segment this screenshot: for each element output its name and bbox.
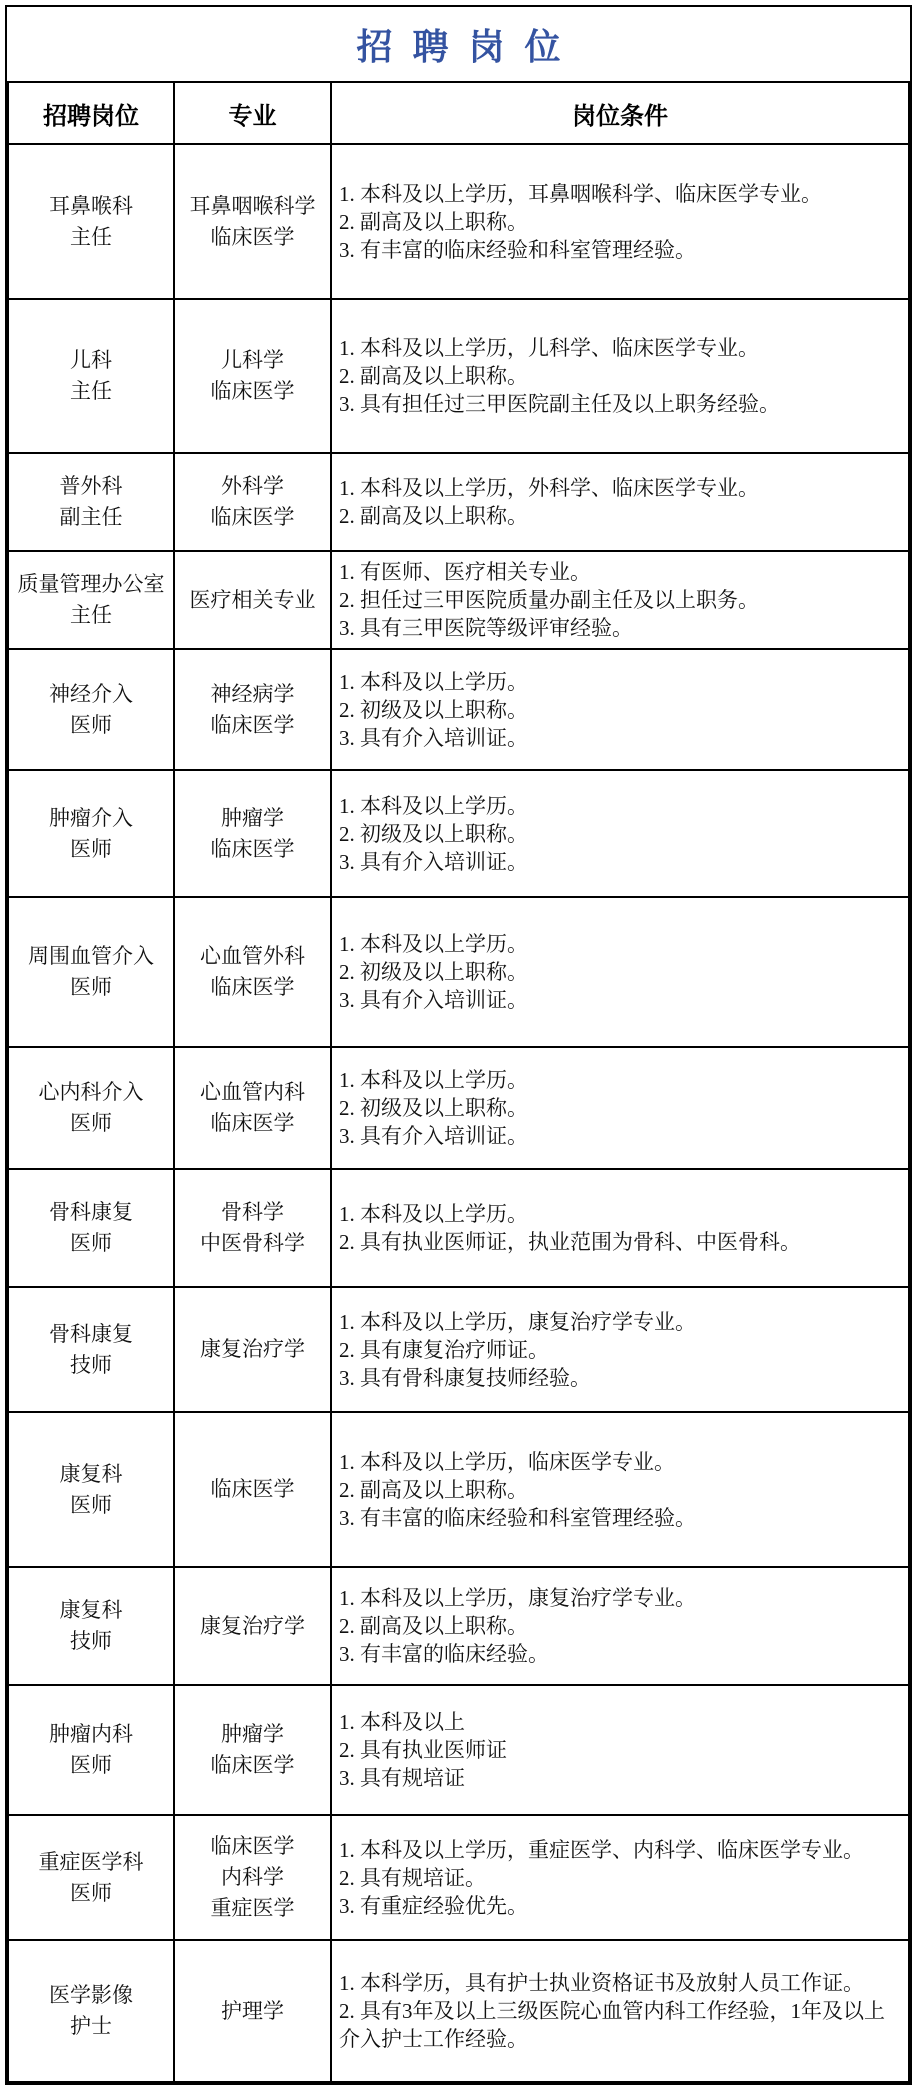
- table-row: 肿瘤内科 医师 肿瘤学 临床医学 1. 本科及以上 2. 具有执业医师证 3. …: [8, 1685, 909, 1815]
- conditions-cell: 1. 本科及以上学历，重症医学、内科学、临床医学专业。 2. 具有规培证。 3.…: [331, 1815, 909, 1940]
- table-body: 耳鼻喉科 主任 耳鼻咽喉科学 临床医学 1. 本科及以上学历，耳鼻咽喉科学、临床…: [8, 144, 909, 2082]
- column-header-major: 专业: [174, 82, 331, 144]
- major-cell: 肿瘤学 临床医学: [174, 1685, 331, 1815]
- major-cell: 康复治疗学: [174, 1287, 331, 1412]
- recruitment-notice-page: 招聘岗位 招聘岗位 专业 岗位条件 耳鼻喉科 主任 耳鼻咽喉科学 临床医学 1.…: [0, 0, 917, 2090]
- position-cell: 康复科 技师: [8, 1567, 174, 1685]
- conditions-cell: 1. 本科及以上学历，耳鼻咽喉科学、临床医学专业。 2. 副高及以上职称。 3.…: [331, 144, 909, 299]
- table-row: 重症医学科 医师 临床医学 内科学 重症医学 1. 本科及以上学历，重症医学、内…: [8, 1815, 909, 1940]
- major-cell: 外科学 临床医学: [174, 453, 331, 551]
- major-cell: 心血管内科 临床医学: [174, 1047, 331, 1169]
- recruitment-table-sheet: 招聘岗位 招聘岗位 专业 岗位条件 耳鼻喉科 主任 耳鼻咽喉科学 临床医学 1.…: [5, 5, 912, 2085]
- conditions-cell: 1. 本科及以上学历。 2. 初级及以上职称。 3. 具有介入培训证。: [331, 649, 909, 770]
- position-cell: 神经介入 医师: [8, 649, 174, 770]
- column-header-conditions: 岗位条件: [331, 82, 909, 144]
- conditions-cell: 1. 本科及以上学历，外科学、临床医学专业。 2. 副高及以上职称。: [331, 453, 909, 551]
- major-cell: 临床医学: [174, 1412, 331, 1567]
- position-cell: 心内科介入 医师: [8, 1047, 174, 1169]
- table-row: 骨科康复 技师 康复治疗学 1. 本科及以上学历，康复治疗学专业。 2. 具有康…: [8, 1287, 909, 1412]
- column-header-position: 招聘岗位: [8, 82, 174, 144]
- conditions-cell: 1. 本科及以上 2. 具有执业医师证 3. 具有规培证: [331, 1685, 909, 1815]
- table-row: 肿瘤介入 医师 肿瘤学 临床医学 1. 本科及以上学历。 2. 初级及以上职称。…: [8, 770, 909, 897]
- page-title: 招聘岗位: [336, 19, 580, 70]
- table-row: 神经介入 医师 神经病学 临床医学 1. 本科及以上学历。 2. 初级及以上职称…: [8, 649, 909, 770]
- table-header-row: 招聘岗位 专业 岗位条件: [8, 82, 909, 144]
- table-row: 康复科 医师 临床医学 1. 本科及以上学历，临床医学专业。 2. 副高及以上职…: [8, 1412, 909, 1567]
- major-cell: 心血管外科 临床医学: [174, 897, 331, 1047]
- table-row: 儿科 主任 儿科学 临床医学 1. 本科及以上学历，儿科学、临床医学专业。 2.…: [8, 299, 909, 453]
- position-cell: 周围血管介入 医师: [8, 897, 174, 1047]
- conditions-cell: 1. 本科及以上学历。 2. 具有执业医师证，执业范围为骨科、中医骨科。: [331, 1169, 909, 1287]
- major-cell: 儿科学 临床医学: [174, 299, 331, 453]
- position-cell: 耳鼻喉科 主任: [8, 144, 174, 299]
- major-cell: 护理学: [174, 1940, 331, 2082]
- conditions-cell: 1. 本科及以上学历。 2. 初级及以上职称。 3. 具有介入培训证。: [331, 770, 909, 897]
- table-row: 质量管理办公室 主任 医疗相关专业 1. 有医师、医疗相关专业。 2. 担任过三…: [8, 551, 909, 649]
- major-cell: 临床医学 内科学 重症医学: [174, 1815, 331, 1940]
- conditions-cell: 1. 有医师、医疗相关专业。 2. 担任过三甲医院质量办副主任及以上职务。 3.…: [331, 551, 909, 649]
- table-row: 普外科 副主任 外科学 临床医学 1. 本科及以上学历，外科学、临床医学专业。 …: [8, 453, 909, 551]
- major-cell: 神经病学 临床医学: [174, 649, 331, 770]
- position-cell: 质量管理办公室 主任: [8, 551, 174, 649]
- position-cell: 骨科康复 技师: [8, 1287, 174, 1412]
- table-row: 康复科 技师 康复治疗学 1. 本科及以上学历，康复治疗学专业。 2. 副高及以…: [8, 1567, 909, 1685]
- conditions-cell: 1. 本科及以上学历，康复治疗学专业。 2. 具有康复治疗师证。 3. 具有骨科…: [331, 1287, 909, 1412]
- table-row: 骨科康复 医师 骨科学 中医骨科学 1. 本科及以上学历。 2. 具有执业医师证…: [8, 1169, 909, 1287]
- table-row: 周围血管介入 医师 心血管外科 临床医学 1. 本科及以上学历。 2. 初级及以…: [8, 897, 909, 1047]
- conditions-cell: 1. 本科及以上学历，儿科学、临床医学专业。 2. 副高及以上职称。 3. 具有…: [331, 299, 909, 453]
- conditions-cell: 1. 本科及以上学历，临床医学专业。 2. 副高及以上职称。 3. 有丰富的临床…: [331, 1412, 909, 1567]
- position-cell: 肿瘤介入 医师: [8, 770, 174, 897]
- major-cell: 骨科学 中医骨科学: [174, 1169, 331, 1287]
- position-cell: 医学影像 护士: [8, 1940, 174, 2082]
- table-row: 耳鼻喉科 主任 耳鼻咽喉科学 临床医学 1. 本科及以上学历，耳鼻咽喉科学、临床…: [8, 144, 909, 299]
- position-cell: 重症医学科 医师: [8, 1815, 174, 1940]
- position-cell: 普外科 副主任: [8, 453, 174, 551]
- position-cell: 骨科康复 医师: [8, 1169, 174, 1287]
- table-row: 心内科介入 医师 心血管内科 临床医学 1. 本科及以上学历。 2. 初级及以上…: [8, 1047, 909, 1169]
- conditions-cell: 1. 本科及以上学历。 2. 初级及以上职称。 3. 具有介入培训证。: [331, 1047, 909, 1169]
- table-row: 医学影像 护士 护理学 1. 本科学历，具有护士执业资格证书及放射人员工作证。 …: [8, 1940, 909, 2082]
- position-cell: 儿科 主任: [8, 299, 174, 453]
- major-cell: 耳鼻咽喉科学 临床医学: [174, 144, 331, 299]
- major-cell: 肿瘤学 临床医学: [174, 770, 331, 897]
- conditions-cell: 1. 本科及以上学历。 2. 初级及以上职称。 3. 具有介入培训证。: [331, 897, 909, 1047]
- position-cell: 康复科 医师: [8, 1412, 174, 1567]
- major-cell: 康复治疗学: [174, 1567, 331, 1685]
- recruitment-table: 招聘岗位 专业 岗位条件 耳鼻喉科 主任 耳鼻咽喉科学 临床医学 1. 本科及以…: [7, 81, 910, 2083]
- major-cell: 医疗相关专业: [174, 551, 331, 649]
- conditions-cell: 1. 本科学历，具有护士执业资格证书及放射人员工作证。 2. 具有3年及以上三级…: [331, 1940, 909, 2082]
- position-cell: 肿瘤内科 医师: [8, 1685, 174, 1815]
- title-bar: 招聘岗位: [7, 7, 910, 81]
- conditions-cell: 1. 本科及以上学历，康复治疗学专业。 2. 副高及以上职称。 3. 有丰富的临…: [331, 1567, 909, 1685]
